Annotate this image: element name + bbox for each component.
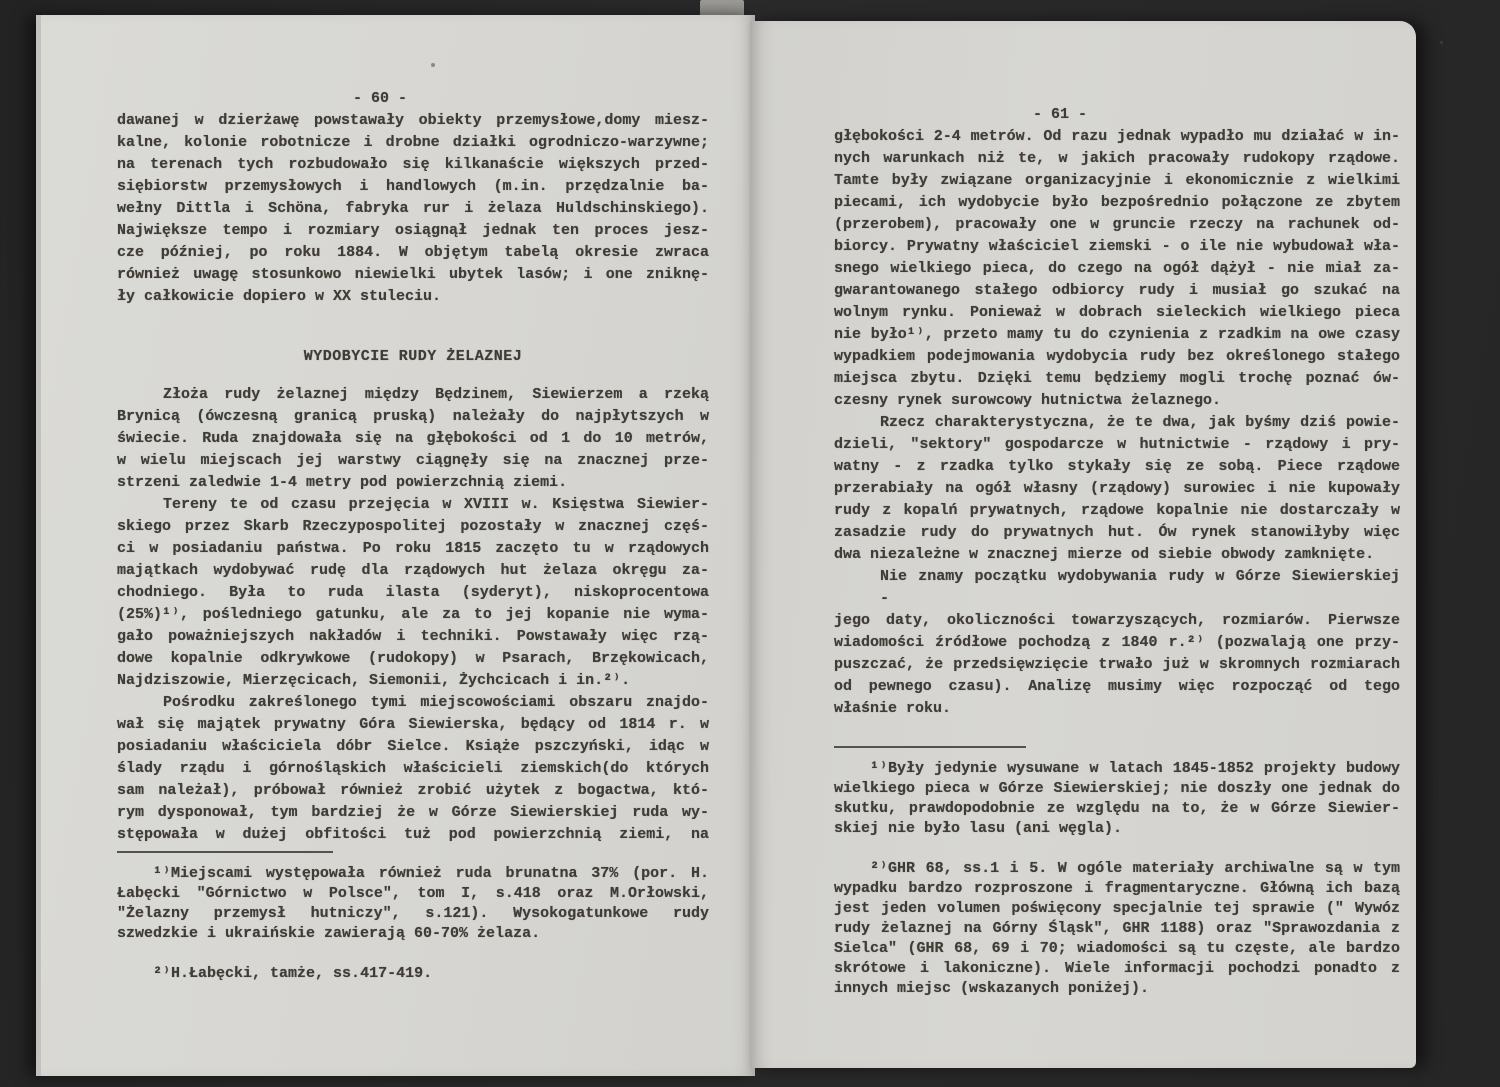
paragraph: Rzecz charakterystyczna, że te dwa, jak … xyxy=(834,412,1400,566)
text-line: majątkach wydobywać rudę dla rządowych h… xyxy=(117,560,709,582)
footnote: ²⁾H.Łabęcki, tamże, ss.417-419. xyxy=(117,964,709,984)
text-line: szwedzkie i ukraińskie zawierają 60-70% … xyxy=(117,924,709,944)
text-line: posiadaniu właściciela dóbr Sielce. Ksią… xyxy=(117,736,709,758)
text-line: biorcy. Prywatny właściciel ziemski - o … xyxy=(834,236,1400,258)
text-line: na terenach tych rozbudowało się kilkana… xyxy=(117,154,709,176)
scan-speck xyxy=(431,63,435,67)
text-line: dwa niezależne w znacznej mierze od sieb… xyxy=(834,544,1400,566)
section-heading: WYDOBYCIE RUDY ŻELAZNEJ xyxy=(117,346,709,368)
text-line: świecie. Ruda znajdowała się na głębokoś… xyxy=(117,428,709,450)
text-line: zasadzie rudy do prywatnych hut. Ów ryne… xyxy=(834,522,1400,544)
scan-speck xyxy=(1440,41,1443,44)
text-line: gwarantowanego stałego odbiorcy rudy i m… xyxy=(834,280,1400,302)
text-line: "Żelazny przemysł hutniczy", s.121). Wys… xyxy=(117,904,709,924)
text-line: wypadku bardzo rozproszone i fragmentary… xyxy=(834,879,1400,899)
text-line: piecami, ich wydobycie było bezpośrednio… xyxy=(834,192,1400,214)
text-line: ślady rządu i górnośląskich właścicieli … xyxy=(117,758,709,780)
right-page-blocks: głębokości 2-4 metrów. Od razu jednak wy… xyxy=(834,126,1400,999)
text-line: skutku, prawdopodobnie ze względu na to,… xyxy=(834,799,1400,819)
text-line: kalne, kolonie robotnicze i drobne dział… xyxy=(117,132,709,154)
text-line: rym dysponował, tym bardziej że w Górze … xyxy=(117,802,709,824)
text-line: dawanej w dzierżawę powstawały obiekty p… xyxy=(117,110,709,132)
text-line: przerabiały na ogół własny (rządowy) sur… xyxy=(834,478,1400,500)
page-number: - 60 - xyxy=(117,88,709,110)
text-line: wypadkiem podejmowania wydobycia rudy be… xyxy=(834,346,1400,368)
text-line: Tereny te od czasu przejęcia w XVIII w. … xyxy=(117,494,709,516)
text-line: wiadomości źródłowe pochodzą z 1840 r.²⁾… xyxy=(834,632,1400,654)
paragraph: Pośrodku zakreślonego tymi miejscowościa… xyxy=(117,692,709,846)
text-line: właśnie roku. xyxy=(834,698,1400,720)
text-line: Tamte były związane organizacyjnie i eko… xyxy=(834,170,1400,192)
text-line: cze później, po roku 1884. W objętym tab… xyxy=(117,242,709,264)
text-line: jego daty, okoliczności towarzyszących, … xyxy=(834,610,1400,632)
text-line: wielkiego pieca w Górze Siewierskiej; ni… xyxy=(834,779,1400,799)
text-line: gało poważniejszych nakładów i techniki.… xyxy=(117,626,709,648)
text-line: ²⁾H.Łabęcki, tamże, ss.417-419. xyxy=(117,964,709,984)
text-line: również uwagę stosunkowo niewielki ubyte… xyxy=(117,264,709,286)
text-line: Złoża rudy żelaznej między Będzinem, Sie… xyxy=(117,384,709,406)
text-line: ²⁾GHR 68, ss.1 i 5. W ogóle materiały ar… xyxy=(834,859,1400,879)
text-line: dzieli, "sektory" gospodarcze w hutnictw… xyxy=(834,434,1400,456)
text-line: ły całkowicie dopiero w XX stuleciu. xyxy=(117,286,709,308)
left-page: - 60 - dawanej w dzierżawę powstawały ob… xyxy=(36,15,755,1076)
text-line: dowe kopalnie odkrywkowe (rudokopy) w Ps… xyxy=(117,648,709,670)
text-line: Brynicą (ówczesną granicą pruską) należa… xyxy=(117,406,709,428)
footnote-separator xyxy=(834,746,1026,748)
footnote: ¹⁾Były jedynie wysuwane w latach 1845-18… xyxy=(834,759,1400,839)
text-line: Rzecz charakterystyczna, że te dwa, jak … xyxy=(834,412,1400,434)
text-line: wełny Dittla i Schöna, fabryka rur i żel… xyxy=(117,198,709,220)
text-line: nych warunkach niż te, w jakich pracował… xyxy=(834,148,1400,170)
text-line: ¹⁾Miejscami występowała również ruda bru… xyxy=(117,864,709,884)
text-line: Nie znamy początku wydobywania rudy w Gó… xyxy=(834,566,1400,610)
text-line: ¹⁾Były jedynie wysuwane w latach 1845-18… xyxy=(834,759,1400,779)
right-page: - 61 - głębokości 2-4 metrów. Od razu je… xyxy=(750,21,1416,1068)
text-line: rudy żelaznej na Górny Śląsk", GHR 1188)… xyxy=(834,919,1400,939)
text-line: wolnym rynku. Ponieważ w dobrach sieleck… xyxy=(834,302,1400,324)
text-line: miejsca zbytu. Dzięki temu będziemy mogl… xyxy=(834,368,1400,390)
footnote: ¹⁾Miejscami występowała również ruda bru… xyxy=(117,864,709,944)
book-spread: - 60 - dawanej w dzierżawę powstawały ob… xyxy=(0,0,1500,1087)
page-number: - 61 - xyxy=(834,104,1400,126)
paragraph: dawanej w dzierżawę powstawały obiekty p… xyxy=(117,110,709,308)
text-line: Największe tempo i rozmiary osiągnął jed… xyxy=(117,220,709,242)
text-line: chodniego. Była to ruda ilasta (syderyt)… xyxy=(117,582,709,604)
text-line: innych miejsc (wskazanych poniżej). xyxy=(834,979,1400,999)
text-line: Łabęcki "Górnictwo w Polsce", tom I, s.4… xyxy=(117,884,709,904)
text-line: w wielu miejscach jej warstwy ciągnęły s… xyxy=(117,450,709,472)
text-line: sam należał), próbował również zrobić uż… xyxy=(117,780,709,802)
paragraph: Złoża rudy żelaznej między Będzinem, Sie… xyxy=(117,384,709,494)
text-line: Najdziszowie, Mierzęcicach, Siemonii, Ży… xyxy=(117,670,709,692)
text-line: rudy z kopalń prywatnych, rządowe kopaln… xyxy=(834,500,1400,522)
footnote-separator xyxy=(117,851,333,853)
text-line: skiego przez Skarb Rzeczypospolitej pozo… xyxy=(117,516,709,538)
text-line: nie było¹⁾, przeto mamy tu do czynienia … xyxy=(834,324,1400,346)
text-line: skrótowe i lakoniczne). Wiele informacji… xyxy=(834,959,1400,979)
text-line: watny - z rzadka tylko stykały się ze so… xyxy=(834,456,1400,478)
text-line: snego wielkiego pieca, do czego na ogół … xyxy=(834,258,1400,280)
paragraph: głębokości 2-4 metrów. Od razu jednak wy… xyxy=(834,126,1400,412)
footnote: ²⁾GHR 68, ss.1 i 5. W ogóle materiały ar… xyxy=(834,859,1400,999)
text-line: siębiorstw przemysłowych i handlowych (m… xyxy=(117,176,709,198)
text-line: głębokości 2-4 metrów. Od razu jednak wy… xyxy=(834,126,1400,148)
text-line: czesny rynek surowcowy hutnictwa żelazne… xyxy=(834,390,1400,412)
text-line: stępowała w dużej obfitości tuż pod powi… xyxy=(117,824,709,846)
paragraph: Nie znamy początku wydobywania rudy w Gó… xyxy=(834,566,1400,720)
text-line: (przerobem), pracowały one w gruncie rze… xyxy=(834,214,1400,236)
text-line: wał się majątek prywatny Góra Siewierska… xyxy=(117,714,709,736)
text-line: ci w posiadaniu państwa. Po roku 1815 za… xyxy=(117,538,709,560)
right-page-content: - 61 - głębokości 2-4 metrów. Od razu je… xyxy=(834,104,1400,999)
text-line: od pewnego czasu). Analizę musimy więc r… xyxy=(834,676,1400,698)
text-line: (25%)¹⁾, pośledniego gatunku, ale za to … xyxy=(117,604,709,626)
left-page-content: - 60 - dawanej w dzierżawę powstawały ob… xyxy=(117,88,709,984)
text-line: jest jeden volumen poświęcony specjalnie… xyxy=(834,899,1400,919)
text-line: Pośrodku zakreślonego tymi miejscowościa… xyxy=(117,692,709,714)
text-line: puszczać, że przedsięwzięcie trwało już … xyxy=(834,654,1400,676)
text-line: strzeni zaledwie 1-4 metry pod powierzch… xyxy=(117,472,709,494)
text-line: Sielca" (GHR 68, 69 i 70; wiadomości są … xyxy=(834,939,1400,959)
left-page-blocks: dawanej w dzierżawę powstawały obiekty p… xyxy=(117,110,709,984)
text-line: skiej nie było lasu (ani węgla). xyxy=(834,819,1400,839)
paragraph: Tereny te od czasu przejęcia w XVIII w. … xyxy=(117,494,709,692)
